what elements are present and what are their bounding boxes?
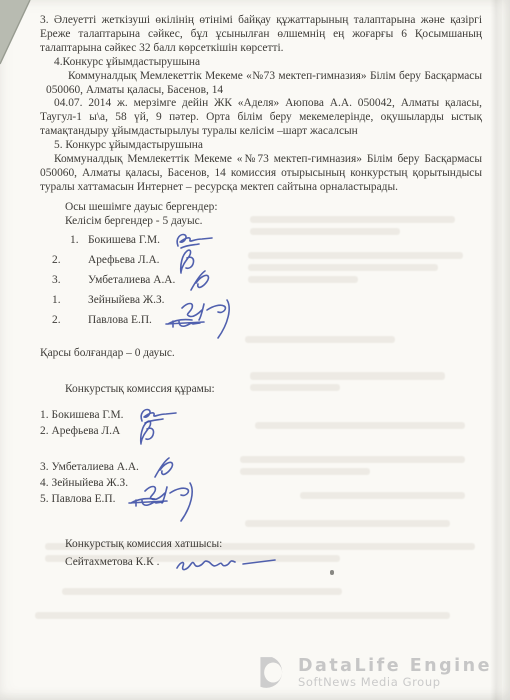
signature-umbetalieva	[187, 269, 213, 293]
vote-row: 1. Зейныйева Ж.З.	[52, 291, 482, 311]
signature-umbetalieva	[151, 456, 177, 480]
watermark-text: DataLife Engine SoftNews Media Group	[298, 657, 492, 689]
heading-item-4: 4.Конкурс ұйымдастырушына	[40, 56, 482, 70]
signature-arefyeva	[132, 418, 158, 446]
secretary-heading: Конкурстық комиссия хатшысы:	[40, 538, 482, 552]
vote-row: 2. Павлова Е.П.	[52, 311, 482, 331]
voting-list: 1. Бокишева Г.М. 2. Арефьева Л.А. 3. Умб…	[52, 231, 482, 331]
vote-row-number: 1.	[52, 234, 88, 248]
watermark-subtitle: SoftNews Media Group	[298, 676, 492, 689]
vote-row: 2. Арефьева Л.А.	[52, 251, 482, 271]
paragraph-item-3: 3. Әлеуетті жеткізуші өкілінің өтінімі б…	[40, 14, 482, 56]
vote-row: 1. Бокишева Г.М.	[52, 231, 482, 251]
commission-row: 3. Умбеталиева А.А.	[40, 460, 482, 476]
vote-row-number: 2.	[52, 314, 88, 328]
vote-row-number: 2.	[52, 254, 88, 268]
commission-row: 2. Арефьева Л.А	[40, 424, 482, 440]
heading-item-5: 5. Конкурс ұйымдастырушына	[40, 139, 482, 153]
scanned-page: 3. Әлеуетті жеткізуші өкілінің өтінімі б…	[0, 0, 510, 700]
commission-row-name: Зейныйева Ж.З.	[52, 477, 129, 491]
commission-row-name: Павлова Е.П.	[52, 493, 116, 507]
signature-zeinyieva	[177, 295, 235, 341]
datalife-logo-icon	[252, 654, 290, 692]
document-body: 3. Әлеуетті жеткізуші өкілінің өтінімі б…	[40, 14, 482, 572]
commission-row-number: 2.	[40, 425, 49, 439]
secretary-name: Сейтахметова К.К .	[65, 556, 159, 570]
vote-row-name: Арефьева Л.А.	[88, 254, 160, 268]
voting-heading: Осы шешімге дауыс бергендер:	[40, 201, 482, 215]
commission-heading: Конкурстық комиссия құрамы:	[40, 383, 482, 397]
commission-row-name: Арефьева Л.А	[52, 425, 121, 439]
voting-agree-count: Келісім бергендер - 5 дауыс.	[40, 215, 482, 229]
commission-row-number: 1.	[40, 409, 49, 423]
secretary-line: Сейтахметова К.К .	[40, 554, 482, 572]
commission-row-number: 3.	[40, 461, 49, 475]
commission-row: 5. Павлова Е.П.	[40, 492, 482, 508]
paragraph-item-5-body: Коммуналдық Мемлекеттік Мекеме «№73 мект…	[40, 153, 482, 195]
commission-list: 1. Бокишева Г.М. 2. Арефьева Л.А 3. Умбе…	[40, 408, 482, 508]
vote-row-name: Зейныйева Ж.З.	[88, 294, 165, 308]
signature-seytakhmetova	[171, 551, 281, 575]
commission-row-name: Бокишева Г.М.	[52, 409, 124, 423]
paragraph-item-4-org: Коммуналдық Мемлекеттік Мекеме «№73 мект…	[40, 70, 482, 98]
commission-row-name: Умбеталиева А.А.	[52, 461, 139, 475]
vote-row-name: Умбеталиева А.А.	[88, 274, 175, 288]
vote-row-name: Бокишева Г.М.	[88, 234, 160, 248]
commission-row-number: 5.	[40, 493, 49, 507]
watermark-title: DataLife Engine	[298, 657, 492, 676]
watermark: DataLife Engine SoftNews Media Group	[252, 654, 492, 692]
paragraph-item-4-terms: 04.07. 2014 ж. мерзімге дейін ЖК «Аделя»…	[40, 97, 482, 139]
commission-row: 1. Бокишева Г.М.	[40, 408, 482, 424]
vote-row: 3. Умбеталиева А.А.	[52, 271, 482, 291]
vote-row-number: 1.	[52, 294, 88, 308]
bleed-through-line	[35, 612, 450, 619]
commission-row: 4. Зейныйева Ж.З.	[40, 476, 482, 492]
vote-row-number: 3.	[52, 274, 88, 288]
commission-row-number: 4.	[40, 477, 49, 491]
page-edge-shadow	[490, 0, 502, 700]
bleed-through-line	[62, 588, 342, 595]
list-gap	[40, 440, 482, 460]
signature-zeinyieva	[140, 478, 198, 524]
voting-against-count: Қарсы болғандар – 0 дауыс.	[40, 347, 482, 361]
vote-row-name: Павлова Е.П.	[88, 314, 152, 328]
